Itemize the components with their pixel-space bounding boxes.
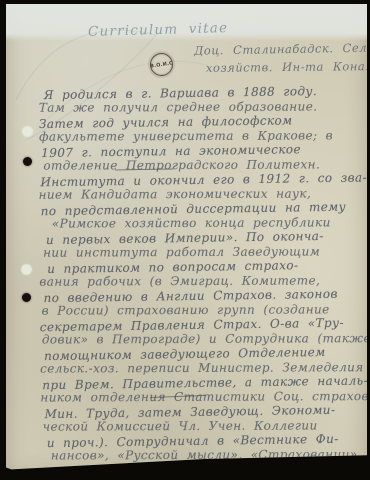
paper-spot (21, 264, 32, 275)
handwritten-line: «Римское хозяйство конца республики (52, 215, 331, 230)
handwritten-line: нии института работал Заведующим (43, 244, 320, 259)
handwritten-line: ческой Комиссией Чл. Учен. Коллегии (43, 418, 318, 433)
handwritten-line: отделение Петроградского Политехн. (43, 157, 320, 172)
handwritten-line: нансов», «Русской мысли», «Страховании». (51, 447, 362, 462)
handwritten-line: вания рабочих (в Эмиграц. Комитете, (39, 273, 320, 288)
punch-hole (23, 157, 32, 166)
document-page: Curriculum vitae В.О.И.С Доц. Сталинабад… (6, 4, 367, 476)
handwritten-body: Я родился в г. Варшава в 1888 году. Там … (4, 2, 369, 477)
punch-hole (22, 293, 31, 302)
scan-background: Curriculum vitae В.О.И.С Доц. Сталинабад… (0, 0, 370, 480)
handwritten-line: в России) страхованию групп (создание (42, 302, 330, 317)
handwritten-line: Там же получил среднее образование. (39, 99, 318, 114)
handwritten-line: нием Кандидата экономических наук, (39, 187, 312, 202)
handwritten-line: факультете университета в Кракове; в (39, 128, 333, 143)
paper-spot (22, 126, 33, 137)
